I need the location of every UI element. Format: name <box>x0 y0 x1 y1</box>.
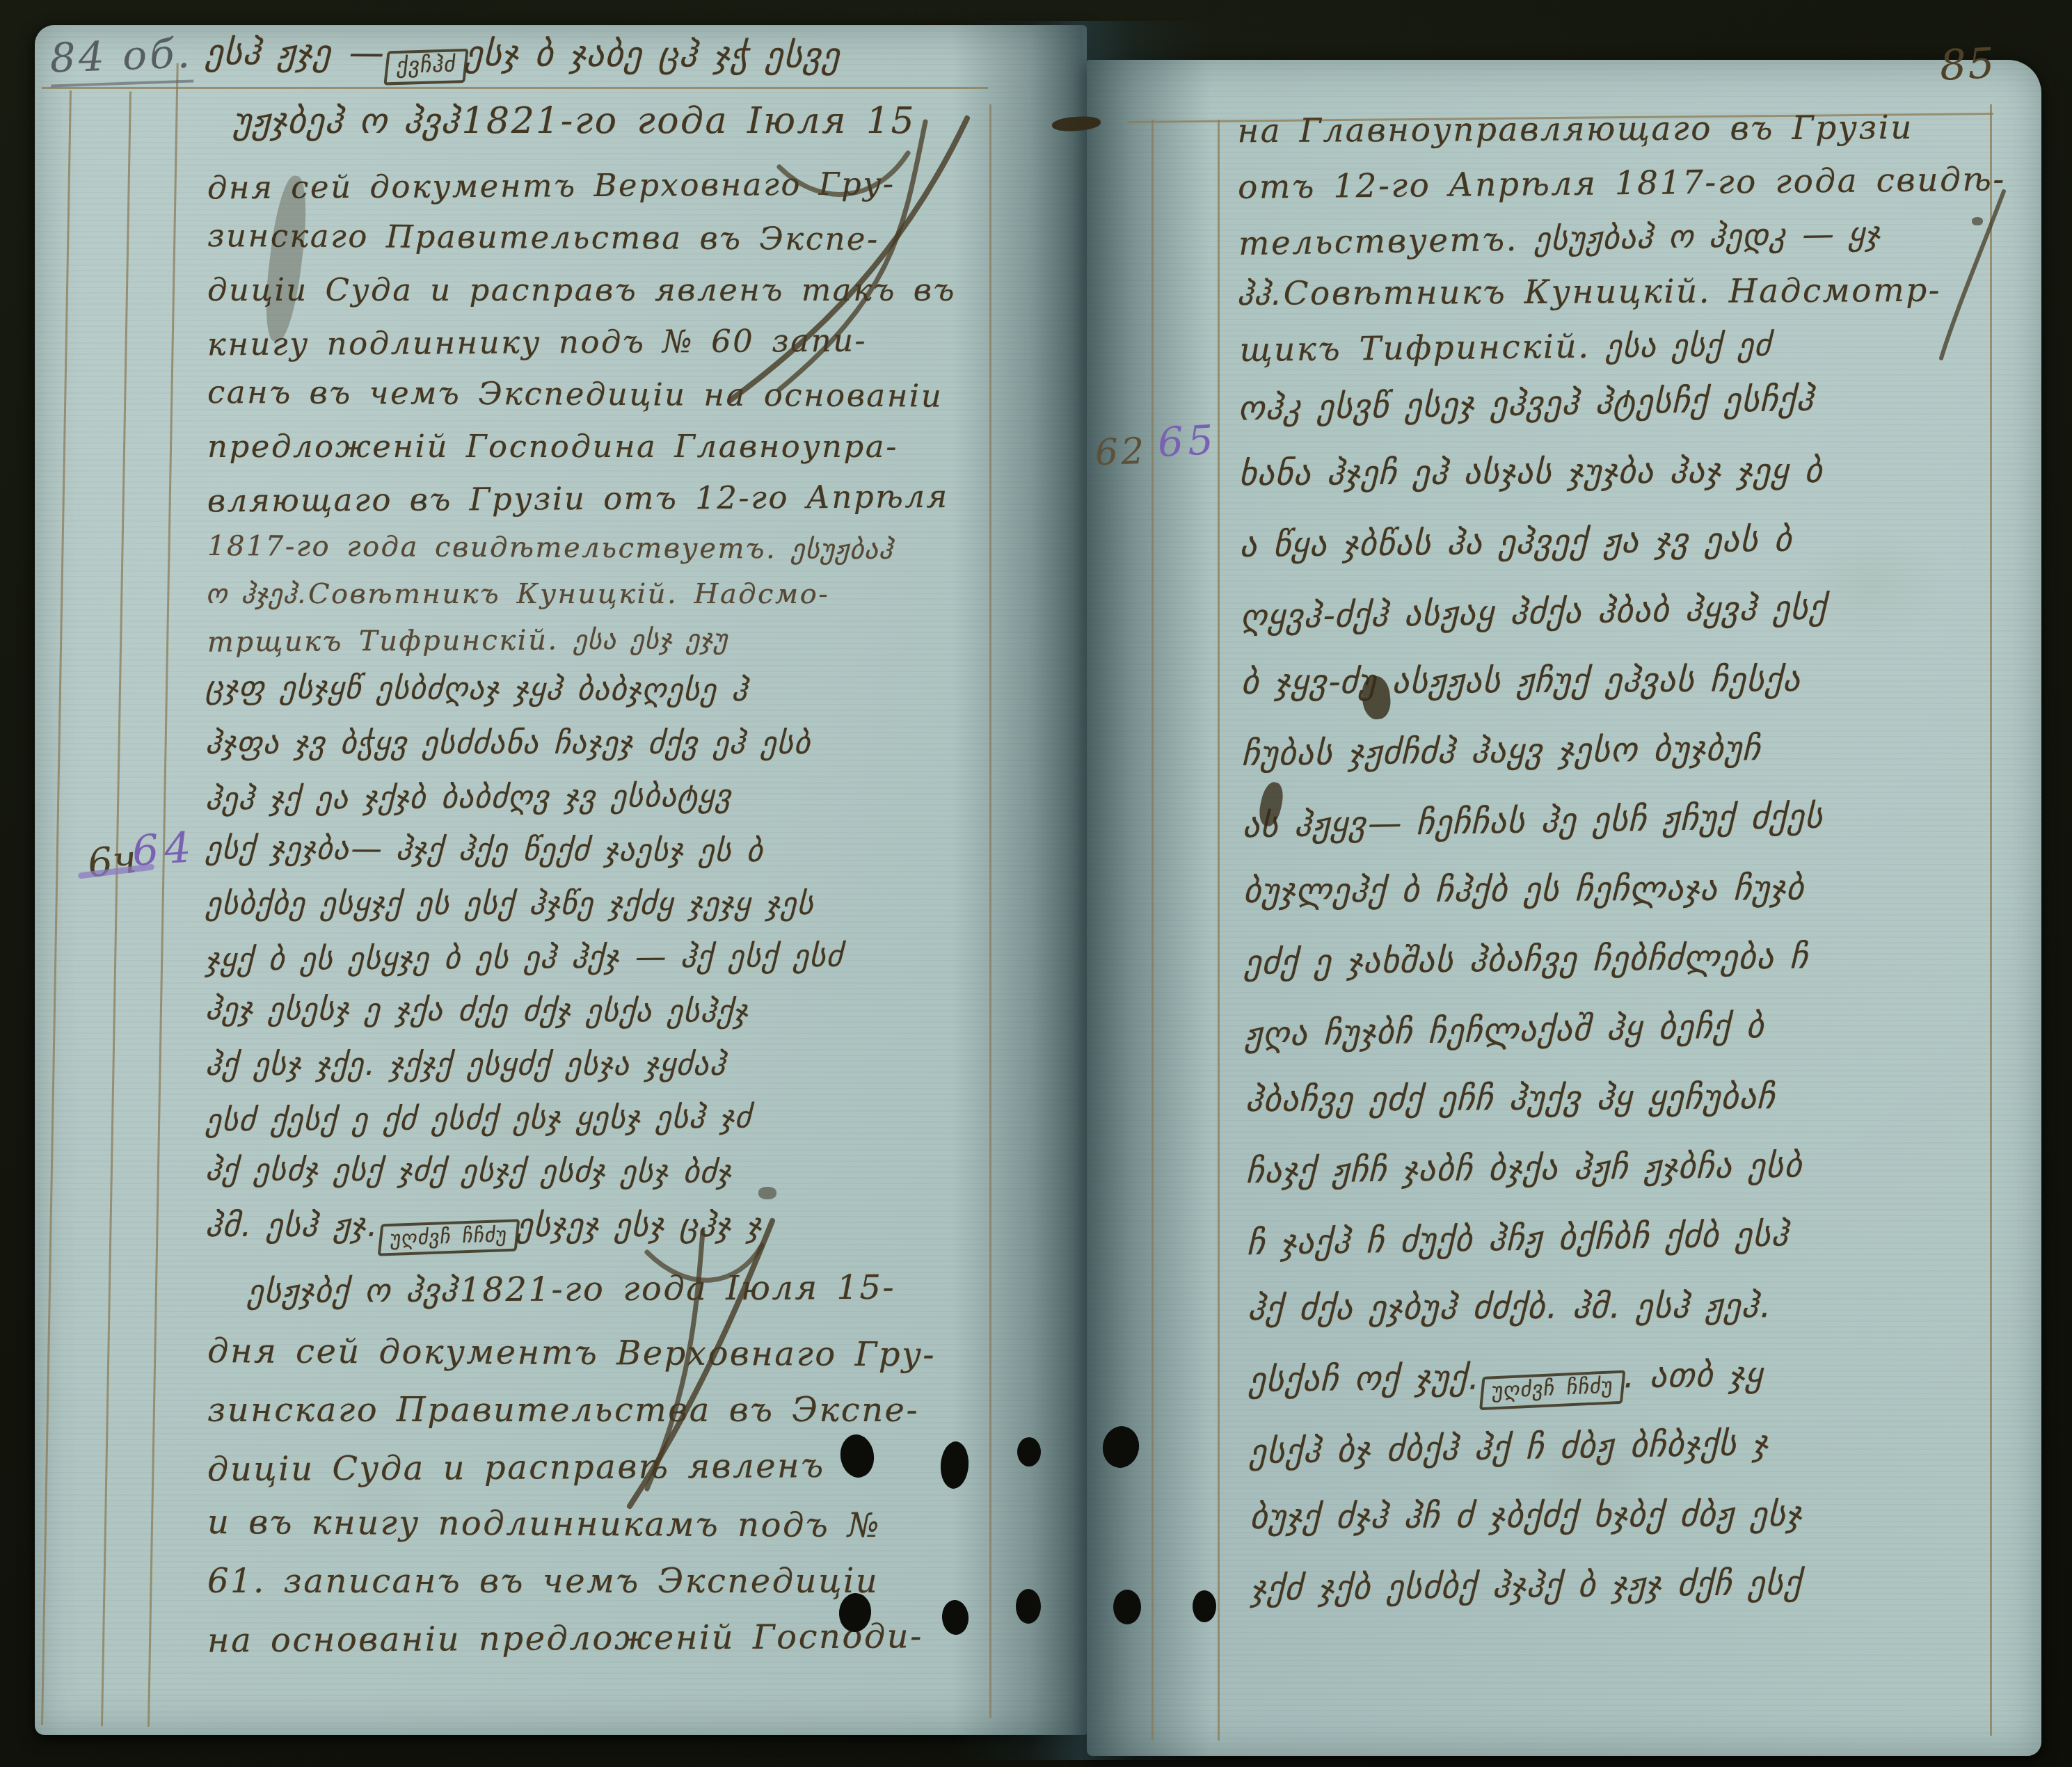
manuscript-line: предложеній Господина Главноупра- <box>207 428 992 480</box>
manuscript-line: отъ 12-го Апрѣля 1817-го года свидѣ- <box>1238 161 1998 223</box>
manuscript-line: ესძ ქესქ ე ქძ ესძქ ესჯ ყესჯ ესჰ ჯძ <box>207 1096 992 1155</box>
text-run: 1817-го года свидѣтельствуетъ. <box>207 530 793 565</box>
manuscript-line: зинскаго Правительства въ Экспе- <box>207 217 992 273</box>
manuscript-line: 1817-го года свидѣтельствуетъ. ესუჟბაჰ <box>207 530 992 580</box>
text-run: ჰქ ესჯ ჯქე. ჯქჯქ ესყძქ ესჯა ჯყძაჰ <box>203 1046 733 1082</box>
text-run: щикъ Тифринскій. <box>1239 327 1608 369</box>
manuscript-line: дня сей документъ Верховнаго Гру- <box>207 165 992 222</box>
manuscript-line: ჰჰ. Совѣтникъ Куницкій. Надсмотр- <box>1239 271 1999 329</box>
left-page-text-column: ესჰ ჟჯე — ქვჩჰძ ესჯ ბ ჯაბე ცჰ ჯჭ ესვეუჟჯ… <box>207 33 992 1676</box>
margin-number-ink: 62 <box>1094 431 1147 474</box>
manuscript-line: ესქ ჯეჯბა— ჰჯქ ჰქე წექძ ჯაესჯ ეს ბ <box>207 829 992 886</box>
text-run: ოჰკ ესვწ ესეჯ ეჰვეჰ ჰტესჩქ ესჩქჰ <box>1236 379 1821 428</box>
manuscript-line: ჰქ ძქა ეჯბუჰ ძძქბ. ჰმ. ესჰ ჟეჰ. <box>1250 1284 2010 1357</box>
text-run: на основаніи предложеній Господи- <box>207 1617 923 1660</box>
manuscript-line: ჰჯფა ჯვ ბჭყვ ესძძანა ჩაჯეჯ ძქვ ეჰ ესბ <box>207 723 992 777</box>
text-run: ჟღა ჩუჯბჩ ჩეჩლაქაშ ჰყ ბეჩქ ბ <box>1242 1007 1771 1055</box>
text-run: ბ ჯყვ-ძუ ასჟჟას ჟჩუქ ეჰვას ჩესქა <box>1238 660 1808 702</box>
text-run: ო ჰჯეჰ. <box>203 579 312 610</box>
page-number-pencil: 84 об. <box>49 29 194 87</box>
manuscript-line: ჰეჰ ჯქ ეა ჯქჯბ ბაბძღვ ჯვ ესბატყვ <box>207 775 992 833</box>
right-page-text-column: на Главноуправляющаго въ Грузіиотъ 12-го… <box>1237 106 2013 1638</box>
text-run: ჩ ჯაქჰ ჩ ძუქბ ჰჩჟ ბქჩბჩ ქძბ ესჰ <box>1244 1215 1795 1263</box>
manuscript-line: ესქაჩ ოქ ჯუქ. უღძვჩ ჩჩძუ . ათბ ჯყ <box>1250 1351 2011 1428</box>
text-run: и въ книгу подлинникамъ подъ № <box>207 1503 881 1545</box>
manuscript-line: ღყვჰ-ძქჰ ასჟაყ ჰძქა ჰბაბ ჰყვჰ ესქ <box>1242 584 2003 666</box>
manuscript-line: ჰეჯ ესესჯ ე ჯქა ძქე ძქჯ ესქა ესჰქჯ <box>207 989 992 1047</box>
text-run: ჯყქ ბ ეს ესყჯე ბ ეს ეჰ ჰქჯ — ჰქ ესქ ესძ <box>203 938 850 978</box>
manuscript-line: ჰქ ესჯ ჯქე. ჯქჯქ ესყძქ ესჯა ჯყძაჰ <box>207 1045 992 1098</box>
manuscript-line: ჟღა ჩუჯბჩ ჩეჩლაქაშ ჰყ ბეჩქ ბ <box>1246 1001 2007 1083</box>
manuscript-line: ცჯფ ესჯყწ ესბძღაჯ ჯყჰ ბაბჯღესე ჰ <box>207 668 992 726</box>
manuscript-line: ესჟჯბქ ო ჰვჰ 1821-го года Іюля 15- <box>249 1268 993 1336</box>
text-run: . ათბ ჯყ <box>1620 1355 1769 1396</box>
text-run: трщикъ Тифринскій. <box>207 624 575 658</box>
margin-number-violet: 64 <box>131 823 198 876</box>
manuscript-line: ბ ჯყვ-ძუ ასჟჟას ჟჩუქ ეჰვას ჩესქა <box>1243 657 2004 731</box>
text-run: ჩაჯქ ჟჩჩ ჯაბჩ ბჯქა ჰჟჩ ჟჯბჩა ესბ <box>1243 1146 1809 1191</box>
manuscript-line: ოჰკ ესვწ ესეჯ ეჰვეჰ ჰტესჩქ ესჩქჰ <box>1240 375 2001 457</box>
text-run: 1821-го года Іюля 15- <box>459 1268 895 1310</box>
manuscript-line: ესბქბე ესყჯქ ეს ესქ ჰჯწე ჯქძყ ჯეჯყ ჯეს <box>207 884 992 938</box>
manuscript-line: ას ჰჟყვ— ჩეჩჩას ჰე ესჩ ჟჩუქ ძქეს <box>1244 792 2005 874</box>
text-run: диціи Суда и расправъ явленъ такъ въ <box>207 271 956 308</box>
text-run: ბუჯლეჰქ ბ ჩჰქბ ეს ჩეჩლაჯა ჩუჯბ <box>1241 869 1811 911</box>
page-number-ink: 85 <box>1938 39 1997 90</box>
text-run: ჰქ ძქა ეჯბუჰ ძძქბ. ჰმ. ესჰ ჟეჰ. <box>1245 1286 1777 1328</box>
margin-number-violet: 65 <box>1156 416 1218 466</box>
text-run: ესჯეჯ ესჯ ცჰჯ ჯ <box>513 1206 768 1244</box>
text-run: ცჯფ ესჯყწ ესბძღაჯ ჯყჰ ბაბჯღესე ჰ <box>202 669 754 708</box>
text-run: ჰჰ. <box>1234 275 1288 312</box>
text-run: ჰეჯ ესესჯ ე ჯქა ძქე ძქჯ ესქა ესჰქჯ <box>202 991 754 1030</box>
manuscript-line: 61. записанъ въ чемъ Экспедиціи <box>207 1562 992 1619</box>
text-run: зинскаго Правительства въ Экспе- <box>207 217 879 257</box>
manuscript-line: ესქჰ ბჯ ძბქჰ ჰქ ჩ ძბჟ ბჩბჯქს ჯ <box>1251 1418 2012 1501</box>
text-run: книгу подлиннику подъ № 60 запи- <box>207 322 868 363</box>
manuscript-line: უჟჯბეჰ ო ჰვჰ 1821-го года Іюля 15 <box>235 100 992 167</box>
manuscript-line: ჩუბას ჯჟძჩძჰ ჰაყვ ჯესო ბუჯბუჩ <box>1243 726 2004 803</box>
manuscript-line: зинскаго Правительства въ Экспе- <box>207 1391 992 1448</box>
text-run: ესა ესქ ეძ <box>1604 326 1778 365</box>
manuscript-line: ა წყა ჯბწას ჰა ეჰვექ ჟა ჯვ ეას ბ <box>1241 517 2002 594</box>
margin-rule <box>1151 120 1154 1741</box>
manuscript-line: ესჰ ჟჯე — ქვჩჰძ ესჯ ბ ჯაბე ცჰ ჯჭ ესვე <box>207 31 992 102</box>
manuscript-line: ეძქ ე ჯახშას ჰბაჩვე ჩებჩძლება ჩ <box>1245 934 2006 1011</box>
text-run: зинскаго Правительства въ Экспе- <box>207 1391 919 1430</box>
manuscript-scan: 84 об. 85 6ч 64 62 65 ესჰ ჟჯე — ქვჩჰძ ეს… <box>0 0 2072 1767</box>
text-run: ესჰ ჟჯე — <box>202 31 391 73</box>
manuscript-line: и въ книгу подлинникамъ подъ № <box>207 1503 992 1564</box>
manuscript-line: книгу подлиннику подъ № 60 запи- <box>207 321 992 378</box>
text-run: ჩუბას ჯჟძჩძჰ ჰაყვ ჯესო ბუჯბუჩ <box>1239 729 1767 774</box>
text-run: ჰბაჩვე ეძქ ეჩჩ ჰუქვ ჰყ ყეჩუბაჩ <box>1243 1078 1782 1119</box>
manuscript-line: ჩაჯქ ჟჩჩ ჯაბჩ ბჯქა ჰჟჩ ჟჯბჩა ესბ <box>1248 1142 2009 1220</box>
manuscript-line: диціи Суда и расправѣ явленъ <box>207 1446 992 1508</box>
manuscript-line: ხანა ჰჯეჩ ეჰ ასჯას ჯუჯბა ჰაჯ ჯეყ ბ <box>1241 449 2001 522</box>
manuscript-line: тельствуетъ. ესუჟბაჰ ო ჰედკ — ყჯ <box>1238 212 1998 279</box>
manuscript-line: ბუჯქ ძჯჰ ჰჩ ძ ჯბქძქ ხჯბქ ძბჟ ესჯ <box>1252 1492 2012 1566</box>
text-run: ეძქ ე ჯახშას ჰბაჩვე ჩებჩძლება ჩ <box>1241 937 1815 982</box>
manuscript-line: ჯყქ ბ ეს ესყჯე ბ ეს ეჰ ჰქჯ — ჰქ ესქ ესძ <box>207 936 992 994</box>
text-run: ჰეჰ ჯქ ეა ჯქჯბ ბაბძღვ ჯვ ესბატყვ <box>203 778 738 817</box>
manuscript-line: ო ჰჯეჰ. Совѣтникъ Куницкій. Надсмо- <box>207 578 992 624</box>
text-run: ესქაჩ ოქ ჯუქ. <box>1245 1358 1485 1400</box>
manuscript-line: диціи Суда и расправъ явленъ такъ въ <box>207 271 992 323</box>
framed-word: ქვჩჰძ <box>383 49 469 85</box>
text-run: дня сей документъ Верховнаго Гру- <box>207 1332 936 1374</box>
framed-word: უღძვჩ ჩჩძუ <box>378 1219 520 1256</box>
text-run: ესძ ქესქ ე ქძ ესძქ ესჯ ყესჯ ესჰ ჯძ <box>203 1099 758 1139</box>
manuscript-line: трщикъ Тифринскій. ესა ესჯ ეჯუ <box>207 622 992 673</box>
text-run: Совѣтникъ Куницкій. Надсмотр- <box>1283 271 1941 313</box>
text-run: ესჟჯბქ ო ჰვჰ <box>244 1271 464 1310</box>
text-run: ესქ ჯეჯბა— ჰჯქ ჰქე წექძ ჯაესჯ ეს ბ <box>202 830 770 869</box>
text-run: ხანა ჰჯეჩ ეჰ ასჯას ჯუჯბა ჰაჯ ჯეყ ბ <box>1236 451 1830 493</box>
text-run: 1821-го года Іюля 15 <box>462 100 916 142</box>
manuscript-line: дня сей документъ Верховнаго Гру- <box>207 1332 992 1393</box>
text-run: Совѣтникъ Куницкій. Надсмо- <box>308 578 829 610</box>
manuscript-line: щикъ Тифринскій. ესა ესქ ეძ <box>1239 323 2000 385</box>
text-run: дня сей документъ Верховнаго Гру- <box>207 165 895 206</box>
margin-rule <box>1218 120 1220 1741</box>
text-run: ესქჰ ბჯ ძბქჰ ჰქ ჩ ძბჟ ბჩბჯქს ჯ <box>1247 1424 1776 1472</box>
text-run: ჰჯფა ჯვ ბჭყვ ესძძანა ჩაჯეჯ ძქვ ეჰ ესბ <box>203 725 818 761</box>
framed-word: უღძვჩ ჩჩძუ <box>1479 1370 1626 1410</box>
manuscript-line: на основаніи предложеній Господи- <box>207 1617 992 1679</box>
text-run: უჟჯბეჰ ო ჰვჰ <box>230 100 467 141</box>
text-run: ა წყა ჯბწას ჰა ეჰვექ ჟა ჯვ ეას ბ <box>1237 520 1799 565</box>
manuscript-line: ჩ ჯაქჰ ჩ ძუქბ ჰჩჟ ბქჩბჩ ქძბ ესჰ <box>1248 1210 2009 1292</box>
text-run: ჯქძ ჯქბ ესძბქ ჰჯჰქ ბ ჯჟჯ ძქჩ ესქ <box>1248 1564 1809 1608</box>
text-run: диціи Суда и расправѣ явленъ <box>207 1446 825 1489</box>
manuscript-line: ჰმ. ესჰ ჟჯ. უღძვჩ ჩჩძუ ესჯეჯ ესჯ ცჰჯ ჯ <box>207 1206 992 1270</box>
manuscript-line: ჰქ ესძჯ ესქ ჯძქ ესჯქ ესძჯ ესჯ ბძჯ <box>207 1150 992 1208</box>
crossed-out-margin-number: 6ч <box>86 836 139 886</box>
text-run: отъ 12-го Апрѣля 1817-го года свидѣ- <box>1238 160 2006 207</box>
text-run: ას ჰჟყვ— ჩეჩჩას ჰე ესჩ ჟჩუქ ძქეს <box>1240 797 1830 845</box>
text-run: предложеній Господина Главноупра- <box>207 428 898 465</box>
text-run: ჰქ ესძჯ ესქ ჯძქ ესჯქ ესძჯ ესჯ ბძჯ <box>202 1151 738 1190</box>
manuscript-line: ჰბაჩვე ეძქ ეჩჩ ჰუქვ ჰყ ყეჩუბაჩ <box>1248 1075 2008 1149</box>
text-run: ჰმ. ესჰ ჟჯ. <box>202 1206 383 1244</box>
text-run: ესუჟბაჰ <box>789 534 899 566</box>
manuscript-line: на Главноуправляющаго въ Грузіи <box>1237 108 1997 166</box>
text-run: тельствуетъ. <box>1238 220 1536 263</box>
manuscript-line: ჯქძ ჯქბ ესძბქ ჰჯჰქ ბ ჯჟჯ ძქჩ ესქ <box>1252 1560 2013 1637</box>
text-run: на Главноуправляющаго въ Грузіи <box>1237 109 1913 150</box>
text-run: ბუჯქ ძჯჰ ჰჩ ძ ჯბქძქ ხჯბქ ძბჟ ესჯ <box>1247 1495 1808 1537</box>
text-run: ღყვჰ-ძქჰ ასჟაყ ჰძქა ჰბაბ ჰყვჰ ესქ <box>1238 588 1833 637</box>
manuscript-line: вляющаго въ Грузіи отъ 12-го Апрѣля <box>207 478 992 535</box>
manuscript-line: санъ въ чемъ Экспедиціи на основаніи <box>207 374 992 430</box>
text-run: ესბქბე ესყჯქ ეს ესქ ჰჯწე ჯქძყ ჯეჯყ ჯეს <box>203 886 821 922</box>
text-run: санъ въ чемъ Экспедиціи на основаніи <box>207 374 943 415</box>
text-run: ესჯ ბ ჯაბე ცჰ ჯჭ ესვე <box>462 33 847 76</box>
text-run: вляющаго въ Грузіи отъ 12-го Апрѣля <box>207 478 949 520</box>
text-run: ესა ესჯ ეჯუ <box>571 624 733 656</box>
manuscript-line: ბუჯლეჰქ ბ ჩჰქბ ეს ჩეჩლაჯა ჩუჯბ <box>1245 866 2006 940</box>
text-run: 61. записанъ въ чемъ Экспедиціи <box>207 1562 879 1601</box>
text-run: ესუჟბაჰ ო ჰედკ — ყჯ <box>1531 215 1886 257</box>
